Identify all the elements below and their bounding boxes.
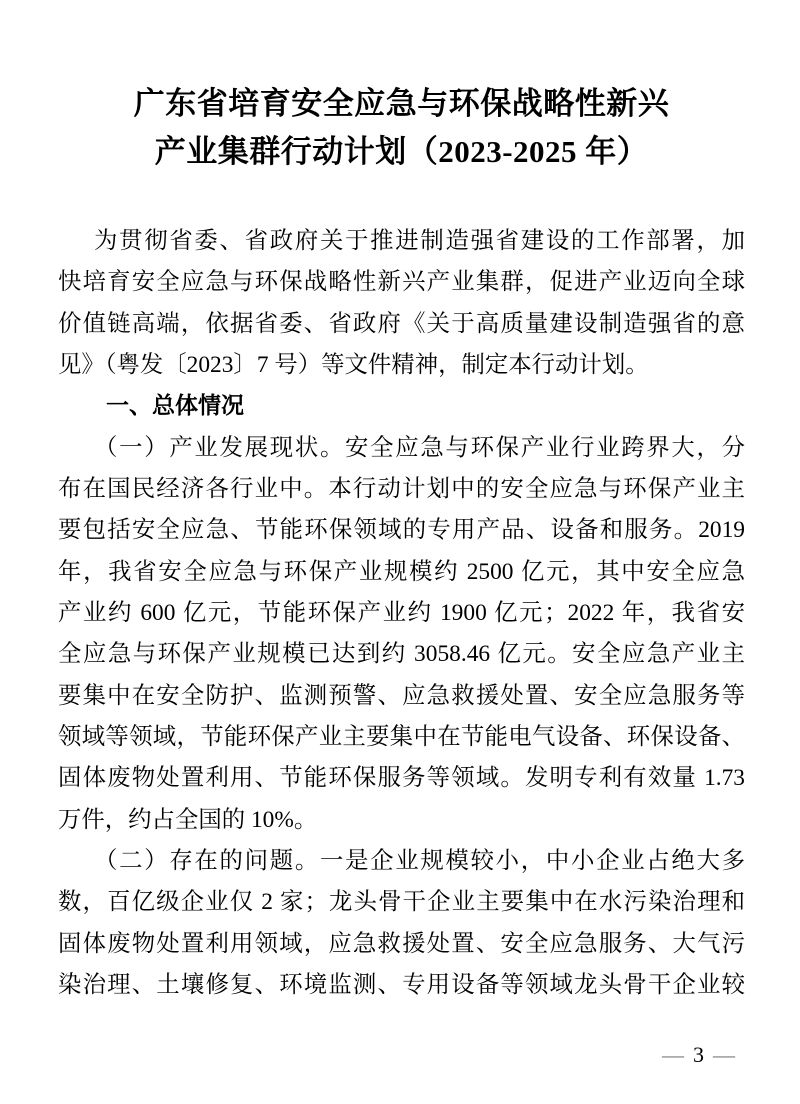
subsection-existing-problems: （二）存在的问题。一是企业规模较小，中小企业占绝大多 数，百亿级企业仅 2 家；…: [58, 841, 745, 1006]
page-number: — 3 —: [662, 1044, 735, 1066]
page-number-value: 3: [693, 1044, 704, 1066]
document-content: 广东省培育安全应急与环保战略性新兴 产业集群行动计划（2023-2025 年） …: [58, 0, 745, 1006]
body-line: （一）产业发展现状。安全应急与环保产业行业跨界大，分: [58, 428, 745, 469]
body-line-text: 安全应急与环保产业行业跨界大，分: [345, 435, 745, 461]
body-line: 全应急与环保产业规模已达到约 3058.46 亿元。安全应急产业主: [58, 634, 745, 675]
body-line: 数，百亿级企业仅 2 家；龙头骨干企业主要集中在水污染治理和: [58, 882, 745, 923]
subsection-development-status: （一）产业发展现状。安全应急与环保产业行业跨界大，分 布在国民经济各行业中。本行…: [58, 428, 745, 841]
intro-paragraph: 为贯彻省委、省政府关于推进制造强省建设的工作部署，加 快培育安全应急与环保战略性…: [58, 221, 745, 386]
body-line: 万件，约占全国的 10%。: [58, 800, 745, 841]
body-line-text: 一是企业规模较小，中小企业占绝大多: [320, 848, 745, 874]
body-line: 年，我省安全应急与环保产业规模约 2500 亿元，其中安全应急: [58, 552, 745, 593]
document-title-line-1: 广东省培育安全应急与环保战略性新兴: [134, 86, 670, 121]
body-line: 产业约 600 亿元，节能环保产业约 1900 亿元；2022 年，我省安: [58, 593, 745, 634]
body-line: 染治理、土壤修复、环境监测、专用设备等领域龙头骨干企业较: [58, 965, 745, 1006]
subsection-lead: （二）存在的问题。: [94, 848, 320, 874]
document-page: 广东省培育安全应急与环保战略性新兴 产业集群行动计划（2023-2025 年） …: [0, 0, 800, 1104]
body-line: （二）存在的问题。一是企业规模较小，中小企业占绝大多: [58, 841, 745, 882]
page-number-dash-right: —: [713, 1044, 735, 1066]
body-line: 价值链高端，依据省委、省政府《关于高质量建设制造强省的意: [58, 304, 745, 345]
body-line: 固体废物处置利用、节能环保服务等领域。发明专利有效量 1.73: [58, 758, 745, 799]
body-line: 要集中在安全防护、监测预警、应急救援处置、安全应急服务等: [58, 676, 745, 717]
section-heading: 一、总体情况: [58, 386, 745, 427]
body-line: 布在国民经济各行业中。本行动计划中的安全应急与环保产业主: [58, 469, 745, 510]
document-title-line-2: 产业集群行动计划（2023-2025 年）: [155, 134, 649, 169]
document-title: 广东省培育安全应急与环保战略性新兴 产业集群行动计划（2023-2025 年）: [58, 80, 745, 176]
body-line: 领域等领域，节能环保产业主要集中在节能电气设备、环保设备、: [58, 717, 745, 758]
body-line: 见》（粤发〔2023〕7 号）等文件精神，制定本行动计划。: [58, 345, 745, 386]
body-line: 为贯彻省委、省政府关于推进制造强省建设的工作部署，加: [58, 221, 745, 262]
body-line: 固体废物处置利用领域，应急救援处置、安全应急服务、大气污: [58, 924, 745, 965]
body-line: 快培育安全应急与环保战略性新兴产业集群，促进产业迈向全球: [58, 262, 745, 303]
body-line: 要包括安全应急、节能环保领域的专用产品、设备和服务。2019: [58, 510, 745, 551]
subsection-lead: （一）产业发展现状。: [94, 435, 345, 461]
page-number-dash-left: —: [662, 1044, 684, 1066]
document-body: 为贯彻省委、省政府关于推进制造强省建设的工作部署，加 快培育安全应急与环保战略性…: [58, 221, 745, 1006]
